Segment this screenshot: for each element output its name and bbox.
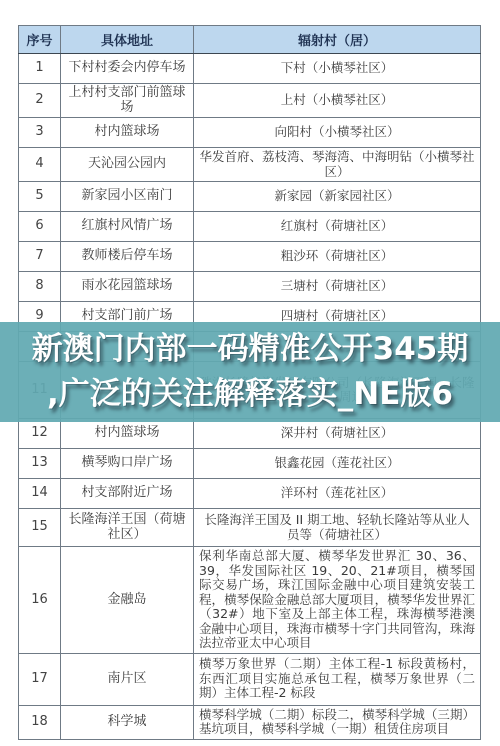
cell-num: 15 (19, 509, 61, 547)
cell-radiation: 深井村（荷塘社区） (194, 419, 481, 449)
cell-address: 金融岛 (61, 547, 194, 654)
page: 序号具体地址辐射村（居） 1下村村委会内停车场下村（小横琴社区）2上村村支部门前… (0, 0, 500, 746)
cell-num: 4 (19, 148, 61, 182)
cell-num: 8 (19, 272, 61, 302)
table-row: 2上村村支部门前篮球场上村（小横琴社区） (19, 84, 481, 118)
overlay-ad-banner[interactable]: 新澳门内部一码精准公开345期 ,广泛的关注解释落实_NE版6 (0, 322, 500, 422)
cell-radiation: 横琴万象世界（二期）主体工程-1 标段黄杨村，东西汇项目实施总承包工程，横琴万象… (194, 653, 481, 705)
cell-address: 新家园小区南门 (61, 182, 194, 212)
table-row: 8雨水花园篮球场三塘村（荷塘社区） (19, 272, 481, 302)
cell-radiation: 上村（小横琴社区） (194, 84, 481, 118)
cell-address: 横琴购口岸广场 (61, 449, 194, 479)
cell-radiation: 横琴科学城（二期）标段二，横琴科学城（三期）基坑项目，横琴科学城（一期）租赁住房… (194, 705, 481, 739)
cell-num: 3 (19, 118, 61, 148)
cell-address: 下村村委会内停车场 (61, 54, 194, 84)
header-cell-0: 序号 (19, 26, 61, 54)
banner-line2: ,广泛的关注解释落实_NE版6 (47, 372, 453, 417)
cell-num: 1 (19, 54, 61, 84)
cell-address: 天沁园公园内 (61, 148, 194, 182)
table-row: 5新家园小区南门新家园（新家园社区） (19, 182, 481, 212)
table-row: 15长隆海洋王国（荷塘社区）长隆海洋王国及 II 期工地、轻轨长隆站等从业人员等… (19, 509, 481, 547)
cell-num: 13 (19, 449, 61, 479)
cell-radiation: 长隆海洋王国及 II 期工地、轻轨长隆站等从业人员等（荷塘社区） (194, 509, 481, 547)
cell-num: 2 (19, 84, 61, 118)
cell-radiation: 三塘村（荷塘社区） (194, 272, 481, 302)
cell-num: 12 (19, 419, 61, 449)
cell-address: 科学城 (61, 705, 194, 739)
table-row: 1下村村委会内停车场下村（小横琴社区） (19, 54, 481, 84)
cell-radiation: 银鑫花园（莲花社区） (194, 449, 481, 479)
table-row: 14村支部附近广场洋环村（莲花社区） (19, 479, 481, 509)
cell-radiation: 华发首府、荔枝湾、琴海湾、中海明钻（小横琴社区） (194, 148, 481, 182)
cell-num: 14 (19, 479, 61, 509)
cell-num: 7 (19, 242, 61, 272)
cell-num: 6 (19, 212, 61, 242)
table-row: 13横琴购口岸广场银鑫花园（莲花社区） (19, 449, 481, 479)
table-row: 6红旗村风情广场红旗村（荷塘社区） (19, 212, 481, 242)
cell-radiation: 粗沙环（荷塘社区） (194, 242, 481, 272)
cell-radiation: 红旗村（荷塘社区） (194, 212, 481, 242)
table-row: 18科学城横琴科学城（二期）标段二，横琴科学城（三期）基坑项目，横琴科学城（一期… (19, 705, 481, 739)
cell-radiation: 新家园（新家园社区） (194, 182, 481, 212)
table-row: 3村内篮球场向阳村（小横琴社区） (19, 118, 481, 148)
cell-num: 16 (19, 547, 61, 654)
cell-address: 村支部附近广场 (61, 479, 194, 509)
table-header-row: 序号具体地址辐射村（居） (19, 26, 481, 54)
header-cell-2: 辐射村（居） (194, 26, 481, 54)
cell-address: 雨水花园篮球场 (61, 272, 194, 302)
banner-line1: 新澳门内部一码精准公开345期 (32, 327, 469, 372)
cell-num: 5 (19, 182, 61, 212)
cell-radiation: 下村（小横琴社区） (194, 54, 481, 84)
cell-address: 教师楼后停车场 (61, 242, 194, 272)
table-row: 12村内篮球场深井村（荷塘社区） (19, 419, 481, 449)
cell-radiation: 保利华南总部大厦、横琴华发世界汇 30、36、39，华发国际社区 19、20、2… (194, 547, 481, 654)
table-row: 17南片区横琴万象世界（二期）主体工程-1 标段黄杨村，东西汇项目实施总承包工程… (19, 653, 481, 705)
table-row: 7教师楼后停车场粗沙环（荷塘社区） (19, 242, 481, 272)
table-row: 4天沁园公园内华发首府、荔枝湾、琴海湾、中海明钻（小横琴社区） (19, 148, 481, 182)
cell-address: 长隆海洋王国（荷塘社区） (61, 509, 194, 547)
header-cell-1: 具体地址 (61, 26, 194, 54)
cell-radiation: 洋环村（莲花社区） (194, 479, 481, 509)
cell-num: 17 (19, 653, 61, 705)
cell-address: 村内篮球场 (61, 419, 194, 449)
cell-address: 上村村支部门前篮球场 (61, 84, 194, 118)
table-row: 16金融岛保利华南总部大厦、横琴华发世界汇 30、36、39，华发国际社区 19… (19, 547, 481, 654)
cell-radiation: 向阳村（小横琴社区） (194, 118, 481, 148)
cell-address: 南片区 (61, 653, 194, 705)
cell-num: 18 (19, 705, 61, 739)
cell-address: 红旗村风情广场 (61, 212, 194, 242)
cell-address: 村内篮球场 (61, 118, 194, 148)
